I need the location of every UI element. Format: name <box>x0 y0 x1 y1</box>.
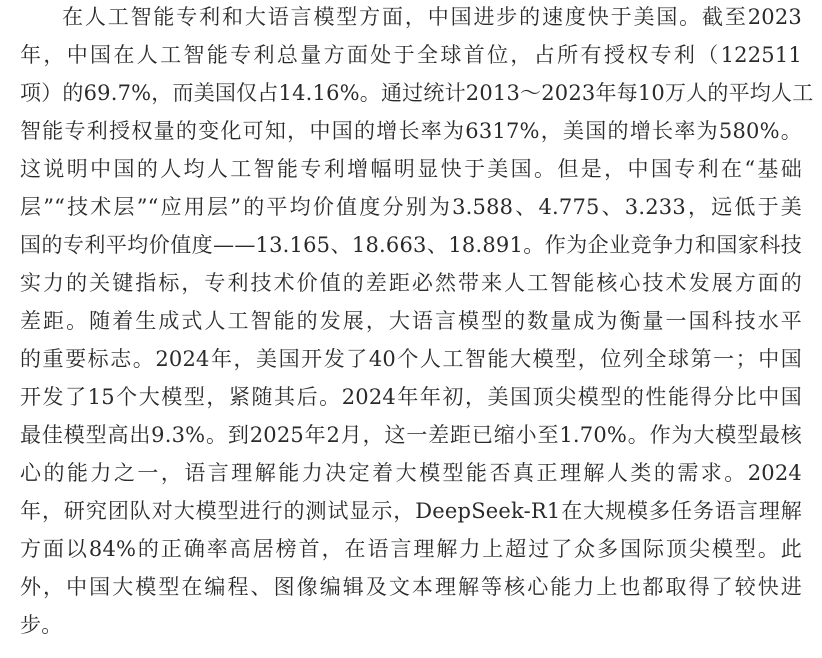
paragraph-line-6: 层”“技术层”“应用层”的平均价值度分别为3.588、4.775、3.233，远… <box>20 192 802 222</box>
paragraph-line-16: 外，中国大模型在编程、图像编辑及文本理解等核心能力上也都取得了较快进 <box>20 572 802 602</box>
paragraph-line-15: 方面以84%的正确率高居榜首，在语言理解力上超过了众多国际顶尖模型。此 <box>20 534 802 564</box>
paragraph-line-8: 实力的关键指标，专利技术价值的差距必然带来人工智能核心技术发展方面的 <box>20 268 802 298</box>
paragraph-line-13: 心的能力之一，语言理解能力决定着大模型能否真正理解人类的需求。2024 <box>20 458 802 488</box>
document-page: 在人工智能专利和大语言模型方面，中国进步的速度快于美国。截至2023 年，中国在… <box>0 0 822 658</box>
paragraph-line-7: 国的专利平均价值度——13.165、18.663、18.891。作为企业竞争力和… <box>20 230 802 260</box>
paragraph-line-5: 这说明中国的人均人工智能专利增幅明显快于美国。但是，中国专利在“基础 <box>20 154 802 184</box>
paragraph-line-4: 智能专利授权量的变化可知，中国的增长率为6317%，美国的增长率为580%。 <box>20 116 802 146</box>
paragraph-line-14: 年，研究团队对大模型进行的测试显示，DeepSeek-R1在大规模多任务语言理解 <box>20 496 802 526</box>
paragraph-line-12: 最佳模型高出9.3%。到2025年2月，这一差距已缩小至1.70%。作为大模型最… <box>20 420 802 450</box>
paragraph-line-2: 年，中国在人工智能专利总量方面处于全球首位，占所有授权专利（122511 <box>20 40 802 70</box>
paragraph-line-1: 在人工智能专利和大语言模型方面，中国进步的速度快于美国。截至2023 <box>62 2 802 32</box>
paragraph-line-3: 项）的69.7%，而美国仅占14.16%。通过统计2013～2023年每10万人… <box>20 78 802 108</box>
paragraph-line-10: 的重要标志。2024年，美国开发了40个人工智能大模型，位列全球第一；中国 <box>20 344 802 374</box>
paragraph-line-11: 开发了15个大模型，紧随其后。2024年年初，美国顶尖模型的性能得分比中国 <box>20 382 802 412</box>
paragraph-line-17: 步。 <box>20 610 802 640</box>
paragraph-line-9: 差距。随着生成式人工智能的发展，大语言模型的数量成为衡量一国科技水平 <box>20 306 802 336</box>
